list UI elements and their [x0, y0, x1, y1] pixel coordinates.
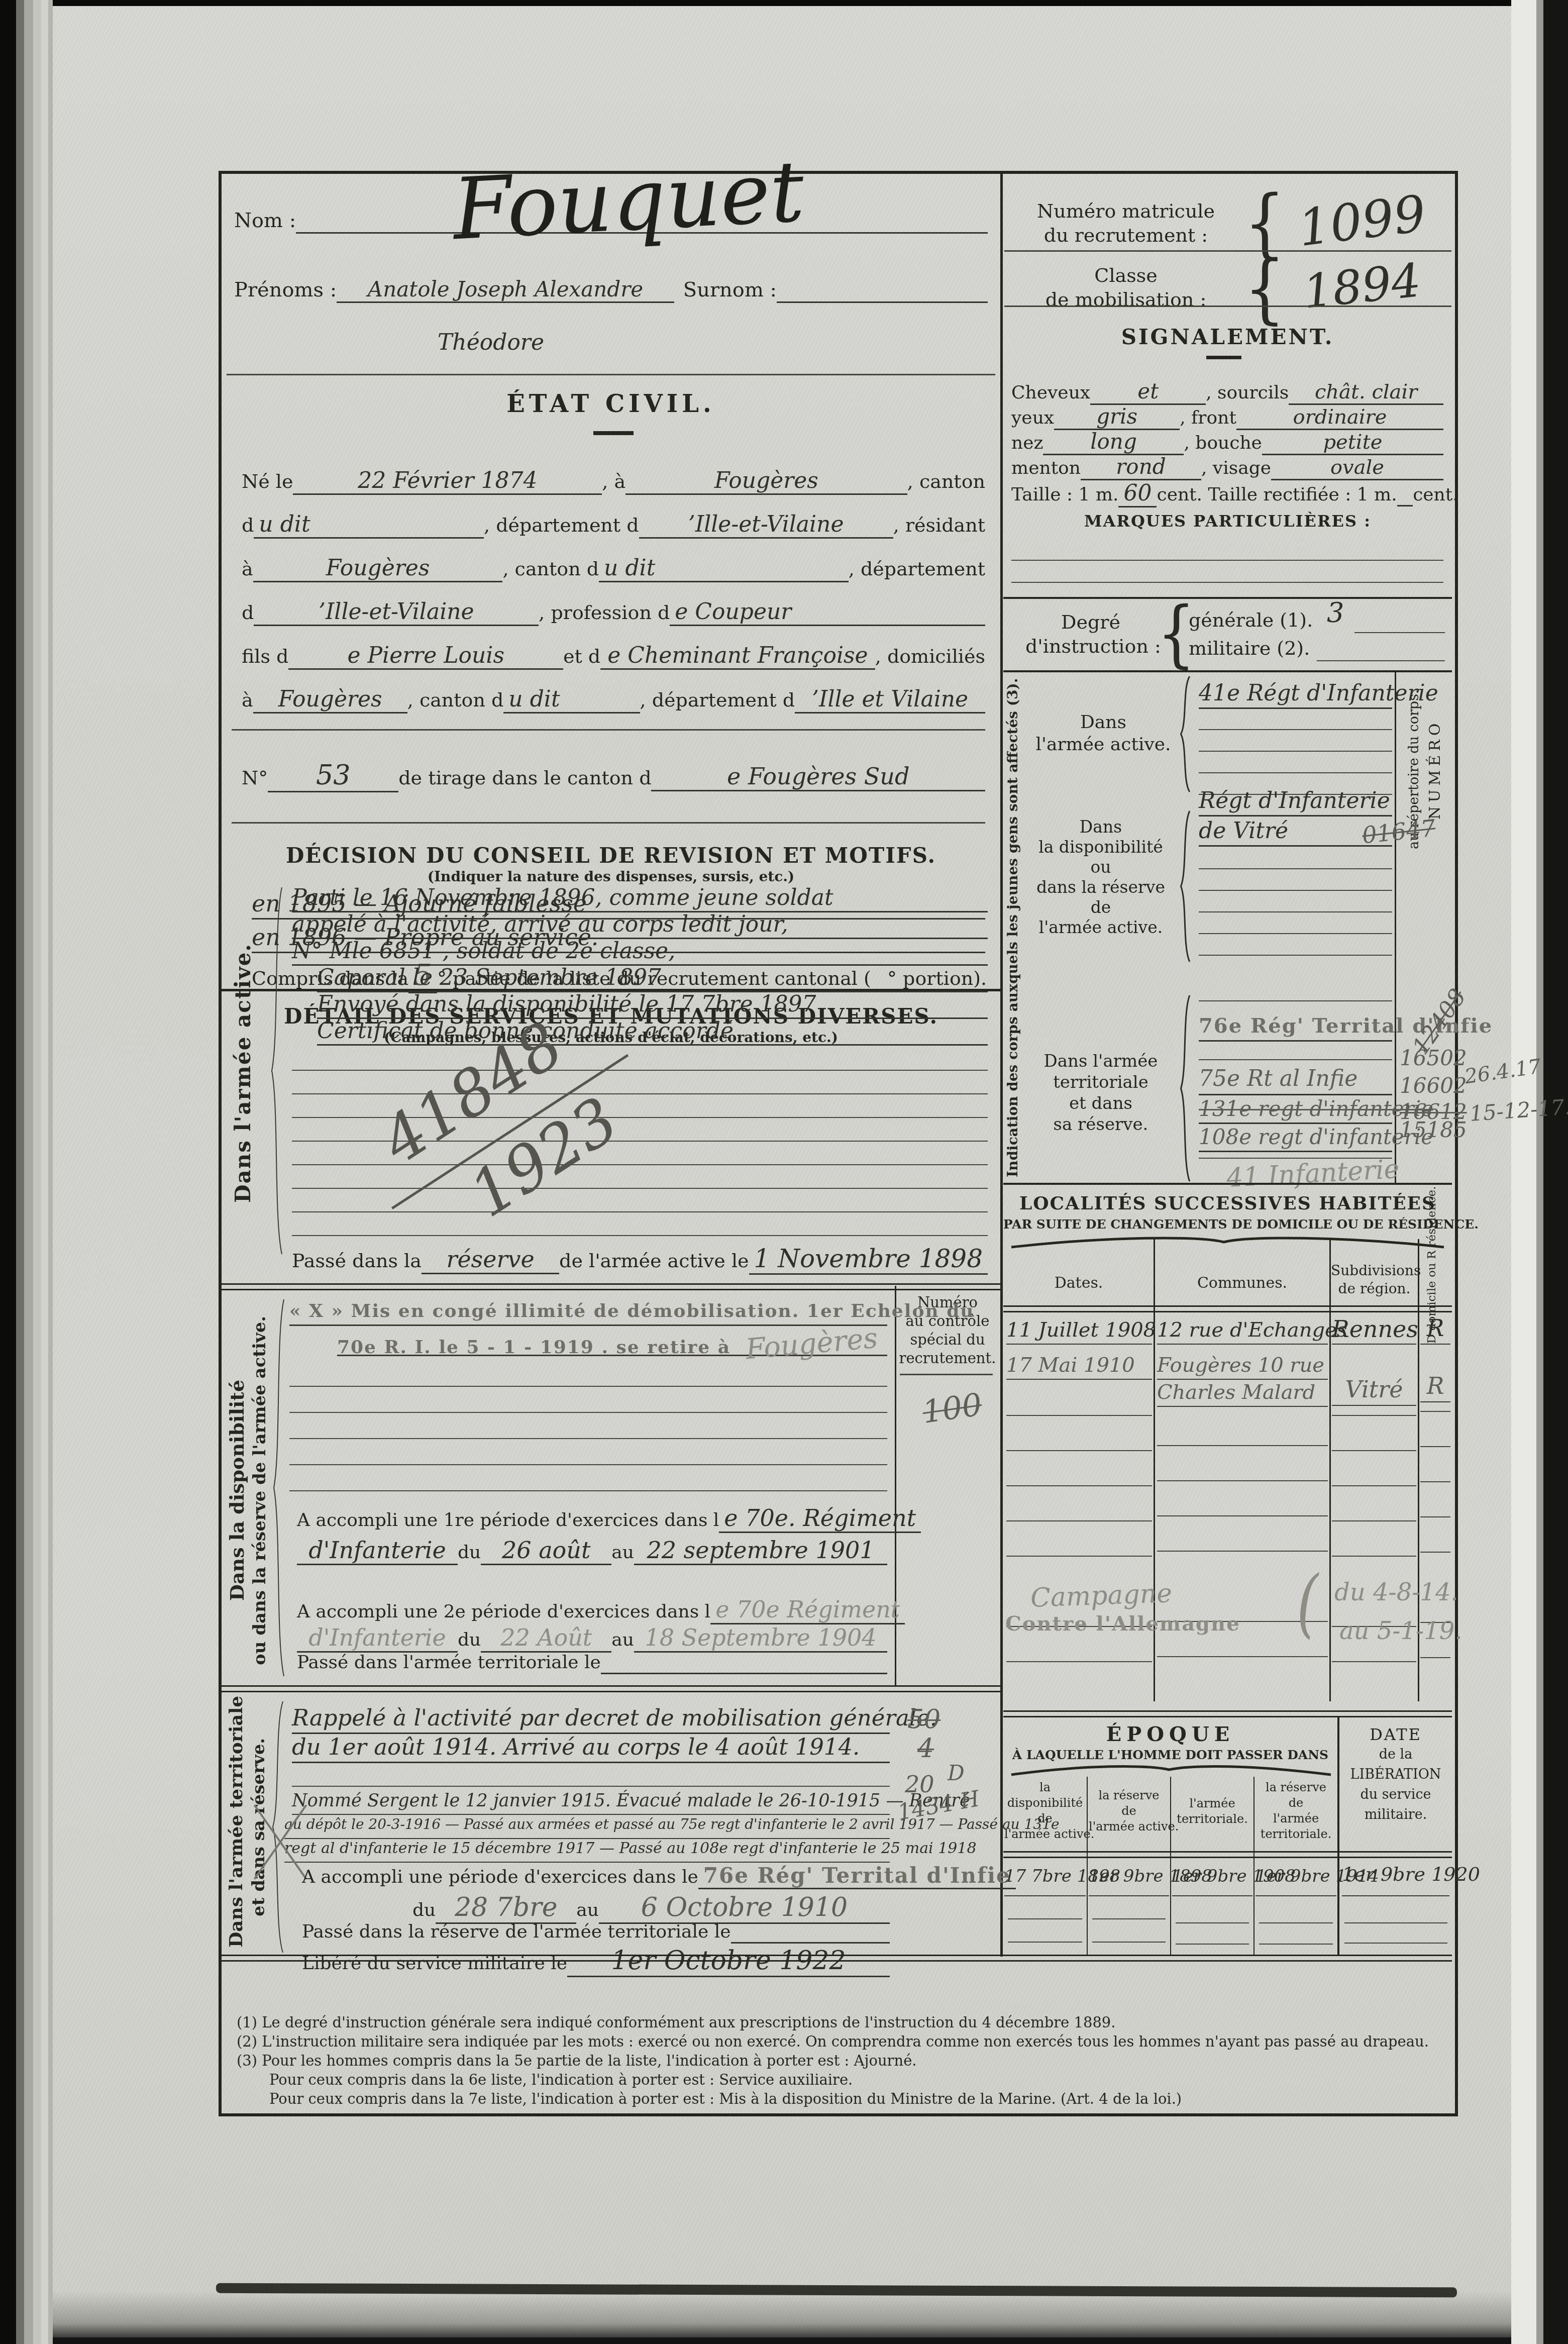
- hand-entry: e Cheminant Françoise: [600, 643, 875, 670]
- page-right-edge: [1511, 0, 1568, 2344]
- etat-line-3: à Fougères , canton d u dit , départemen…: [242, 555, 985, 582]
- blank-line: [731, 1921, 890, 1944]
- printed-text: , domiciliés: [875, 645, 985, 667]
- hand-entry: 6 Octobre 1910: [599, 1892, 890, 1924]
- ruled-line: [1199, 1059, 1392, 1060]
- matricule-label: Numéro matriculedu recrutement :: [1013, 199, 1239, 247]
- footnote-separator: [222, 1955, 1452, 1962]
- printed-text: A accompli une 1re période d'exercices d…: [297, 1510, 719, 1531]
- prenoms-value-2: Théodore: [438, 330, 544, 355]
- signalement-row-2: yeux gris , front ordinaire: [1011, 404, 1443, 430]
- ruled-line: [1332, 1556, 1416, 1557]
- ruled-line: [1199, 933, 1392, 934]
- controle-column-divider: [895, 1286, 896, 1685]
- hand-entry: ovale: [1271, 456, 1443, 480]
- ruled-line: [1420, 1481, 1450, 1482]
- periode-2-row-a: A accompli une 2e période d'exercices da…: [297, 1596, 887, 1624]
- corps-rowB-value-1: Régt d'Infanterie: [1199, 788, 1392, 817]
- localites-subtitle: PAR SUITE DE CHANGEMENTS DE DOMICILE OU …: [1003, 1217, 1452, 1232]
- localites-row-subdiv: Rennes: [1332, 1315, 1416, 1345]
- service-entry: appelé à l'activité, arrivé au corps led…: [292, 911, 988, 939]
- row-brace: [1179, 676, 1192, 792]
- hand-entry: d'Infanterie: [297, 1537, 458, 1565]
- signalement-row-3: nez long , bouche petite: [1011, 429, 1443, 455]
- page-bottom-shadow: [53, 2291, 1511, 2344]
- ruled-line: [1344, 1943, 1447, 1944]
- localites-row-dr: R: [1420, 1372, 1450, 1402]
- corps-rowC-num-2: 16602: [1400, 1073, 1467, 1098]
- ruled-line: [1199, 955, 1392, 956]
- localites-bottom-rule: [1003, 1710, 1452, 1717]
- ruled-line: [289, 1464, 887, 1465]
- hand-entry: rond: [1081, 454, 1201, 480]
- corps-rowC-num-4: 15185: [1400, 1117, 1467, 1142]
- degre-label: Degréd'instruction :: [1025, 610, 1156, 658]
- section-brace: [270, 887, 285, 1254]
- printed-text: , département: [849, 558, 985, 580]
- tirage-row: N° 53 de tirage dans le canton d e Fougè…: [242, 759, 985, 792]
- printed-text: , département d: [640, 689, 795, 711]
- hand-entry: Fougères: [253, 555, 503, 582]
- printed-text: , canton: [907, 470, 985, 492]
- corps-rowC-entry-4: 108e regt d'infanterie: [1199, 1125, 1392, 1152]
- hand-entry: ordinaire: [1236, 405, 1443, 430]
- periode-3-row-b: du 28 7bre au 6 Octobre 1910: [412, 1892, 890, 1924]
- section-rule: [1003, 670, 1452, 672]
- section-rule: [1003, 597, 1452, 599]
- printed-text: Passé dans la réserve de l'armée territo…: [302, 1921, 731, 1942]
- hand-entry: et: [1090, 379, 1206, 405]
- epoque-col-divider: [1170, 1777, 1171, 1955]
- campagne-stamp: Contre l'Allemagne: [1005, 1612, 1240, 1636]
- footnote-2: (2) L'instruction militaire sera indiqué…: [237, 2033, 1442, 2050]
- localites-row-subdiv: Vitré: [1332, 1376, 1416, 1406]
- campagne-au: au 5-1-19.: [1339, 1617, 1462, 1645]
- row-brace: [1179, 995, 1192, 1181]
- epoque-col-divider: [1253, 1777, 1255, 1955]
- stamp-text: 70e R. I. le 5 - 1 - 1919 . se retire à: [337, 1337, 730, 1358]
- printed-text: au: [611, 1542, 634, 1563]
- hand-entry: Fougères: [745, 1322, 879, 1366]
- hand-entry: 28 7bre: [436, 1892, 576, 1924]
- ruled-line: [1354, 632, 1445, 633]
- service-entry: Caporal le 23 Septembre 1897: [317, 965, 988, 992]
- hand-entry: Fougères: [253, 686, 407, 714]
- printed-text: , canton d: [407, 689, 504, 711]
- blank-line: [601, 1652, 887, 1674]
- mobilisation-entry-2: du 1er août 1914. Arrivé au corps le 4 a…: [292, 1734, 890, 1763]
- ruled-line: [1006, 1661, 1152, 1662]
- footnote-3: (3) Pour les hommes compris dans la 5e p…: [237, 2052, 1442, 2069]
- ruled-line: [232, 729, 985, 731]
- ruled-line: [1157, 1445, 1328, 1446]
- ruled-line: [1332, 1520, 1416, 1521]
- epoque-date-header: DATE de laLIBÉRATION du servicemilitaire…: [1339, 1724, 1452, 1825]
- hand-entry: e Pierre Louis: [288, 643, 563, 670]
- ruled-line: [1199, 1000, 1392, 1001]
- taille-row: Taille : 1 m. 60 cent. Taille rectifiée …: [1011, 480, 1443, 507]
- form-frame: Nom : Fouquet Prénoms : Anatole Joseph A…: [219, 171, 1458, 2116]
- prenoms-value: Anatole Joseph Alexandre: [337, 277, 674, 303]
- ruled-line: [1157, 1515, 1328, 1516]
- localites-row-commune: 12 rue d'Echanges: [1157, 1318, 1328, 1345]
- corps-rowC-entry-5: 41 Infanterie: [1226, 1154, 1400, 1193]
- hand-entry: 26 août: [481, 1537, 611, 1565]
- hand-entry: 53: [268, 759, 398, 792]
- ruled-line: [1332, 1450, 1416, 1451]
- ruled-line: [289, 1490, 887, 1491]
- localites-title: LOCALITÉS SUCCESSIVES HABITÉES: [1003, 1193, 1452, 1214]
- classe-divider: [1004, 305, 1451, 307]
- corps-rowC-num-1: 16502: [1400, 1046, 1467, 1070]
- section-divider: [222, 1283, 1000, 1290]
- printed-text: , à: [602, 470, 625, 492]
- ruled-line: [1011, 582, 1443, 583]
- localites-col-dates: Dates.: [1003, 1274, 1154, 1292]
- epoque-subtitle: À LAQUELLE L'HOMME DOIT PASSER DANS: [1003, 1748, 1337, 1762]
- printed-text: , canton d: [502, 558, 599, 580]
- etat-line-5: fils d e Pierre Louis et d e Cheminant F…: [242, 643, 985, 670]
- printed-text: d: [242, 514, 254, 536]
- ruled-line: [1344, 1922, 1447, 1923]
- mobilisation-entry-1: Rappelé à l'activité par decret de mobil…: [292, 1704, 890, 1734]
- book-left-edge: [16, 0, 53, 2344]
- signalement-row-4: menton rond , visage ovale: [1011, 454, 1443, 480]
- printed-text: Né le: [242, 470, 293, 492]
- printed-text: A accompli une 2e période d'exercices da…: [297, 1601, 710, 1622]
- demob-stamp-line-2: 70e R. I. le 5 - 1 - 1919 . se retire à …: [337, 1328, 887, 1356]
- printed-text: de l'armée active le: [559, 1250, 749, 1272]
- localites-col-subdiv: Subdivisionsde région.: [1331, 1262, 1418, 1298]
- surnom-label: Surnom :: [683, 278, 777, 301]
- printed-text: cent.: [1413, 484, 1458, 505]
- ruled-line: [289, 1386, 887, 1387]
- epoque-header-rule: [1339, 1851, 1452, 1858]
- ruled-line: [292, 1070, 988, 1071]
- ruled-line: [232, 822, 985, 824]
- ruled-line: [1176, 1922, 1249, 1923]
- epoque-header-rule: [1003, 1851, 1337, 1858]
- name-bottom-rule: [227, 374, 995, 375]
- footnote-5: Pour ceux compris dans la 7e liste, l'in…: [269, 2090, 1445, 2107]
- ruled-line: [1259, 1922, 1333, 1923]
- surnom-line: [777, 278, 988, 303]
- epoque-value-3: 1er 9bre 1908: [1172, 1866, 1252, 1896]
- printed-text: , bouche: [1184, 433, 1262, 453]
- ruled-line: [1006, 1520, 1152, 1521]
- printed-text: de tirage dans le canton d: [398, 767, 651, 789]
- corps-rowC-entry-3: 131e regt d'infanterie: [1199, 1096, 1392, 1124]
- ruled-line: [1317, 660, 1445, 661]
- corps-rowC-entry-2: 75e Rt al Infie: [1199, 1066, 1392, 1095]
- hand-entry: long: [1043, 429, 1184, 455]
- signalement-title: SIGNALEMENT.: [1003, 325, 1452, 349]
- hand-entry: réserve: [422, 1246, 559, 1274]
- localites-overbrace: [1010, 1235, 1445, 1248]
- matricule-value: 1099: [1279, 182, 1445, 260]
- ruled-line: [1006, 1556, 1152, 1557]
- passe-reserve-row: Passé dans la réserve de l'armée active …: [292, 1244, 988, 1275]
- printed-text: et d: [563, 645, 600, 667]
- hand-entry: ’Ille et Vilaine: [795, 686, 985, 714]
- passe-territoriale-row: Passé dans l'armée territoriale le: [297, 1652, 887, 1674]
- periode-3-row-a: A accompli une période d'exercices dans …: [302, 1863, 890, 1889]
- ruled-line: [1157, 1551, 1328, 1552]
- ruled-line: [1199, 890, 1392, 891]
- sergent-entry-3: regt al d'infanterie le 15 décembre 1917…: [284, 1840, 890, 1863]
- periode-1-row-a: A accompli une 1re période d'exercices d…: [297, 1504, 887, 1533]
- ruled-line: [1092, 1918, 1166, 1919]
- printed-text: du: [412, 1900, 436, 1920]
- degre-generale-value: 3: [1327, 597, 1344, 629]
- decision-title: DÉCISION DU CONSEIL DE REVISION ET MOTIF…: [222, 843, 1000, 868]
- printed-text: d: [242, 601, 254, 624]
- sergent-entry-2: au dépôt le 20-3-1916 — Passé aux armées…: [284, 1816, 890, 1839]
- ruled-line: [1199, 911, 1392, 912]
- etat-line-4: d ’Ille-et-Vilaine , profession d e Coup…: [242, 599, 985, 626]
- epoque-col-header-2: la réservedel'armée active.: [1089, 1788, 1169, 1835]
- ruled-line: [1008, 1942, 1082, 1943]
- hand-entry: petite: [1262, 431, 1443, 455]
- printed-text: Cheveux: [1011, 382, 1090, 403]
- ruled-line: [1420, 1516, 1450, 1517]
- classe-brace: {: [1244, 245, 1286, 333]
- margin-letter: D: [948, 1761, 965, 1785]
- printed-text: au: [576, 1900, 599, 1920]
- printed-text: nez: [1011, 433, 1043, 453]
- etat-line-2: d u dit , département d ’Ille-et-Vilaine…: [242, 512, 985, 539]
- section-divider: [222, 1685, 1000, 1692]
- hand-entry: Fougères: [625, 468, 907, 495]
- ruled-line: [1259, 1944, 1333, 1945]
- epoque-col-divider: [1087, 1777, 1088, 1955]
- printed-text: au: [611, 1629, 634, 1650]
- classe-label: Classede mobilisation :: [1013, 263, 1239, 312]
- ruled-line: [1332, 1415, 1416, 1416]
- footnote-1: (1) Le degré d'instruction générale sera…: [237, 2014, 1442, 2031]
- ruled-line: [1332, 1485, 1416, 1486]
- hand-entry: de Vitré: [1199, 818, 1288, 844]
- passe-reserve-terr-row: Passé dans la réserve de l'armée territo…: [302, 1921, 890, 1944]
- ruled-line: [1006, 1485, 1152, 1486]
- campagne-du: du 4-8-14.: [1334, 1578, 1458, 1606]
- printed-text: , résidant: [893, 514, 985, 536]
- localites-col-communes: Communes.: [1155, 1274, 1329, 1292]
- corps-rowA-value: 41e Régt d'Infanterie: [1199, 680, 1392, 709]
- ruled-line: [289, 1412, 887, 1413]
- hand-entry: 22 septembre 1901: [634, 1537, 887, 1565]
- signalement-row-1: Cheveux et , sourcils chât. clair: [1011, 379, 1443, 405]
- hand-entry: u dit: [599, 555, 849, 582]
- corps-bottom-rule: [1003, 1183, 1452, 1185]
- hand-entry: 60: [1118, 480, 1157, 507]
- ruled-line: [1420, 1411, 1450, 1412]
- hand-entry: e 70e Régiment: [710, 1596, 905, 1624]
- ruled-line: [1199, 751, 1392, 752]
- epoque-value-2: 1er 9bre 1898: [1089, 1866, 1169, 1896]
- decision-subtitle: (Indiquer la nature des dispenses, sursi…: [222, 868, 1000, 885]
- hand-entry: ’Ille-et-Vilaine: [254, 599, 539, 626]
- hand-entry: e Fougères Sud: [651, 763, 985, 791]
- hand-entry: u dit: [503, 686, 640, 714]
- epoque-col-header-1: ladisponibilitédel'armée active.: [1004, 1780, 1086, 1842]
- epoque-overbrace: [1010, 1764, 1332, 1776]
- printed-text: du: [458, 1542, 481, 1563]
- printed-text: Passé dans la: [292, 1250, 422, 1272]
- prenoms-row: Prénoms : Anatole Joseph Alexandre Surno…: [234, 277, 988, 303]
- etat-civil-dash: [593, 431, 634, 435]
- ruled-line: [1006, 1450, 1152, 1451]
- hand-entry: chât. clair: [1289, 380, 1443, 405]
- section-brace: [272, 1299, 287, 1676]
- corps-rowC-label: Dans l'arméeterritoriale et danssa réser…: [1025, 1051, 1176, 1135]
- hand-entry: d'Infanterie: [297, 1624, 458, 1653]
- ruled-line: [1199, 868, 1392, 869]
- printed-text: , profession d: [539, 601, 670, 624]
- printed-text: cent. Taille rectifiée : 1 m.: [1157, 484, 1397, 505]
- corps-rowB-label: Dansla disponibilitéou dans la réservede…: [1025, 817, 1176, 938]
- ruled-line: [1420, 1552, 1450, 1553]
- printed-text: , sourcils: [1206, 382, 1289, 403]
- service-entry: N° Mle 6851 , soldat de 2e classe,: [292, 938, 988, 966]
- ruled-line: [1199, 772, 1392, 773]
- margin-number: 50: [907, 1704, 940, 1735]
- campagne-paren: (: [1297, 1560, 1318, 1647]
- epoque-col-header-3: l'arméeterritoriale.: [1172, 1796, 1252, 1827]
- stamp-regiment: 76e Rég' Territal d'Infie: [698, 1863, 1016, 1889]
- service-entry: Parti le 16 Novembre 1896, comme jeune s…: [292, 885, 988, 912]
- printed-text: N°: [242, 767, 268, 789]
- printed-text: Passé dans l'armée territoriale le: [297, 1652, 601, 1673]
- etat-line-1: Né le 22 Février 1874 , à Fougères , can…: [242, 468, 985, 495]
- printed-text: Taille : 1 m.: [1011, 484, 1118, 505]
- ruled-line: [1006, 1415, 1152, 1416]
- blank-line: [1397, 484, 1413, 506]
- footnote-4: Pour ceux compris dans la 6e liste, l'in…: [269, 2071, 1445, 2088]
- printed-text: à: [242, 558, 253, 580]
- margin-number: 4: [917, 1734, 934, 1764]
- degre-generale: générale (1).: [1189, 609, 1313, 631]
- hand-entry: 18 Septembre 1904: [634, 1624, 887, 1653]
- prenoms-label: Prénoms :: [234, 278, 337, 301]
- marques-label: MARQUES PARTICULIÈRES :: [1003, 512, 1452, 531]
- etat-civil-title: ÉTAT CIVIL.: [222, 390, 1000, 418]
- localites-row-dr: R: [1420, 1314, 1450, 1345]
- side-label-armee-active: Dans l'armée active.: [231, 887, 255, 1259]
- hand-entry: ’Ille-et-Vilaine: [639, 512, 893, 539]
- periode-1-row-b: d'Infanterie du 26 août au 22 septembre …: [297, 1537, 887, 1565]
- printed-text: fils d: [242, 645, 288, 667]
- corps-rowA-label: Dansl'armée active.: [1030, 711, 1176, 756]
- controle-number: 100: [920, 1386, 984, 1431]
- service-entry: Envoyé dans la disponibilité le 17 7bre …: [317, 991, 988, 1019]
- epoque-date-value: 1er 9bre 1920: [1342, 1863, 1449, 1896]
- ruled-line: [289, 1438, 887, 1439]
- etat-line-6: à Fougères , canton d u dit , départemen…: [242, 686, 985, 714]
- corps-rowC-stamp: 76e Rég' Territal d'Infie: [1199, 1014, 1392, 1042]
- matricule-divider: [1004, 250, 1451, 252]
- localites-header-rule: [1003, 1305, 1452, 1312]
- signalement-dash: [1206, 356, 1241, 359]
- service-entry: Certificat de bonne conduite accordé: [317, 1018, 988, 1046]
- campagne-hand: Campagne: [1030, 1578, 1173, 1613]
- ruled-line: [900, 1374, 993, 1375]
- localites-row-commune-2: Charles Malard: [1157, 1381, 1328, 1407]
- hand-entry: 1 Novembre 1898: [749, 1244, 988, 1275]
- printed-text: menton: [1011, 458, 1081, 478]
- printed-text: à: [242, 689, 253, 711]
- epoque-value-1: 17 7bre 1898: [1004, 1866, 1086, 1896]
- classe-value: 1894: [1279, 251, 1444, 322]
- section-brace: [271, 1701, 286, 1953]
- corps-caption: Indication des corps auxquels les jeunes…: [1004, 674, 1021, 1181]
- ruled-line: [1420, 1446, 1450, 1447]
- side-label-territoriale-2: et dans sa réserve.: [249, 1706, 269, 1948]
- row-brace: [1179, 811, 1192, 962]
- localites-row-date: 11 Juillet 1908: [1006, 1318, 1152, 1345]
- ruled-line: [1092, 1942, 1166, 1943]
- epoque-col-header-4: la réservedel'arméeterritoriale.: [1256, 1780, 1336, 1842]
- hand-entry: 22 Février 1874: [293, 468, 602, 495]
- ruled-line: [292, 1786, 890, 1787]
- degre-brace: {: [1157, 592, 1195, 676]
- hand-entry: gris: [1054, 404, 1180, 430]
- ruled-line: [1008, 1918, 1082, 1919]
- ruled-line: [1011, 560, 1443, 561]
- ruled-line: [292, 1235, 988, 1236]
- ruled-line: [1176, 1944, 1249, 1945]
- epoque-title: ÉPOQUE: [1003, 1722, 1337, 1746]
- printed-text: , département d: [484, 514, 639, 536]
- periode-2-row-b: d'Infanterie du 22 Août au 18 Septembre …: [297, 1624, 887, 1653]
- hand-entry: u dit: [254, 512, 484, 539]
- degre-militaire: militaire (2).: [1189, 637, 1310, 659]
- sergent-entry-1: Nommé Sergent le 12 janvier 1915. Évacué…: [292, 1791, 890, 1815]
- ruled-line: [1157, 1480, 1328, 1481]
- hand-entry: e 70e. Régiment: [719, 1504, 921, 1533]
- localites-row-date: 17 Mai 1910: [1006, 1354, 1152, 1380]
- side-label-dispo-2: ou dans la réserve de l'armée active.: [250, 1304, 270, 1676]
- printed-text: A accompli une période d'exercices dans …: [302, 1867, 698, 1887]
- side-label-territoriale-1: Dans l'armée territoriale: [226, 1706, 247, 1948]
- localites-row-commune: Fougères 10 rue: [1157, 1354, 1328, 1380]
- printed-text: , visage: [1201, 458, 1271, 478]
- hand-entry: e Coupeur: [670, 599, 985, 626]
- main-column-divider: [1000, 174, 1003, 1957]
- demob-stamp-line-1: « X » Mis en congé illimité de démobilis…: [289, 1300, 887, 1326]
- printed-text: du: [458, 1629, 481, 1650]
- nom-label: Nom :: [234, 209, 296, 232]
- ruled-line: [1332, 1661, 1416, 1662]
- epoque-value-4: 1er 9bre 1914: [1256, 1866, 1336, 1896]
- ruled-line: [1157, 1656, 1328, 1657]
- ruled-line: [1199, 729, 1392, 730]
- printed-text: , front: [1180, 407, 1236, 428]
- ruled-line: [1420, 1657, 1450, 1658]
- hand-entry: 22 Août: [481, 1624, 611, 1653]
- side-label-dispo-1: Dans la disponibilité: [226, 1304, 248, 1676]
- printed-text: yeux: [1011, 407, 1054, 428]
